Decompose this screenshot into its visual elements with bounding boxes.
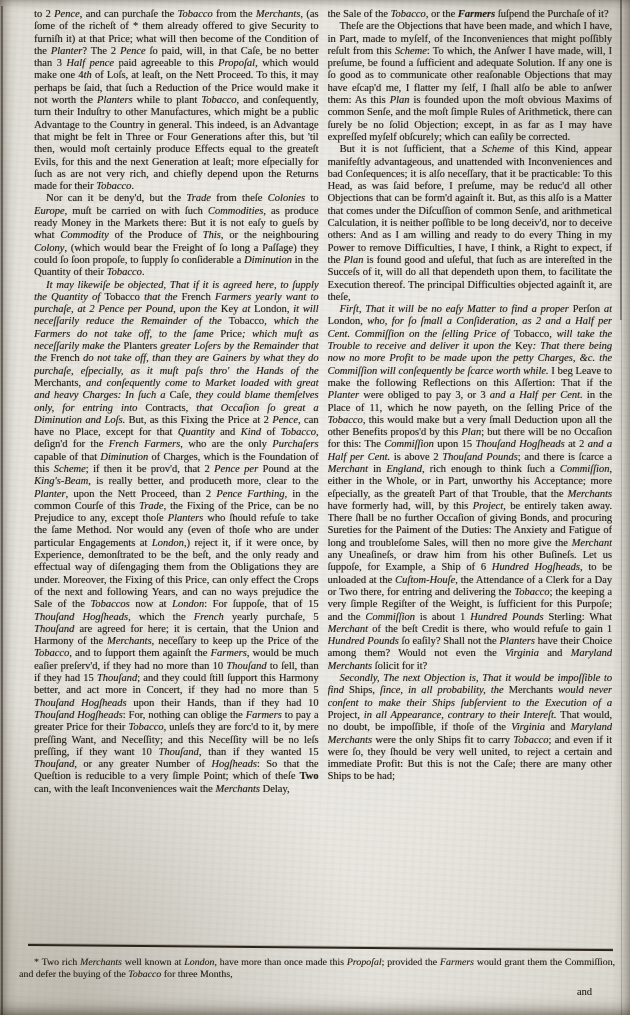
emphasis-run: Hundred Pounds [328,636,399,647]
emphasis-run: Tobacco [107,267,142,278]
text-run: and [539,648,571,659]
emphasis-run: Merchant [328,624,368,635]
text-run: Merchants [34,378,78,389]
emphasis-run: Commiſſion [384,439,434,450]
emphasis-run: Project [473,501,504,512]
text-run: Merchants [509,685,553,696]
scan-edge-left [1,6,3,1015]
text-column-right: the Sale of the Tobacco, or the Farmers … [328,9,613,944]
emphasis-run: Plan [461,427,481,438]
emphasis-run: Hogſheads [211,759,257,770]
emphasis-run: Pence [272,415,298,426]
emphasis-run: Hundred Hogſheads [492,562,580,573]
emphasis-run: , in all Appearance, contrary to their I… [357,710,556,721]
text-run: , which the [128,612,194,623]
emphasis-run: Commodity [60,230,108,241]
emphasis-run: Cuſtom-Houſe [395,575,455,586]
emphasis-run: Diminution [100,452,148,463]
emphasis-run: Thouſand Pounds [442,452,517,463]
emphasis-run: Virginia [511,722,545,733]
text-run: ; and there is ſcarce a [518,452,612,463]
emphasis-run: Colony [34,243,64,254]
emphasis-run: , ſince, in all probability, the [372,685,508,696]
footnote-rule [28,944,613,951]
text-run: to [305,193,319,204]
text-run: : For ſuppoſe, that of 15 [204,599,318,610]
text-run: upon 15 [434,439,476,450]
text-run: But, as this Fixing the Price at 2 [125,415,272,426]
emphasis-run: Thouſand [34,624,74,635]
text-run: Caſe [170,390,189,401]
emphasis-run: Planter [34,489,66,500]
emphasis-run: that the [140,292,182,303]
text-run: yearly purchaſe, 5 [224,612,319,623]
text-run: well known at [122,957,184,968]
scan-edge-right-faint [621,320,622,1015]
emphasis-run: Tobacco [177,9,212,20]
emphasis-run: Tobacco [201,95,236,106]
text-run: is above 2 [390,452,442,463]
emphasis-run: Merchants [567,489,612,500]
text-run: of this Kind, appear manifeſtly advantag… [328,144,613,266]
emphasis-run: Commiſſion [560,464,610,475]
text-run: Tobacco [104,292,139,303]
text-run: paid agreeable to this [114,58,218,69]
text-run: , neceſſary to keep up the Price of the [152,636,319,647]
text-run: , and conſequently, turn their Induſtry … [34,95,319,192]
emphasis-run: Farmers [246,710,282,721]
document-page: to 2 Pence, and can purchaſe the Tobacco… [0,0,630,1015]
emphasis-run: Propoſal [218,58,255,69]
emphasis-run: Thouſand [34,759,74,770]
text-area: to 2 Pence, and can purchaſe the Tobacco… [34,9,612,944]
text-run: ſo eaſily? Shall not the [399,636,500,647]
paragraph: Nor can it be deny'd, but the Trade from… [34,193,319,279]
emphasis-run: Thouſand Hogſheads [34,612,128,623]
emphasis-run: This [203,230,221,241]
text-run: Nor can it be deny'd, but the [46,193,186,204]
emphasis-run: London [184,957,214,968]
text-run: . [131,181,134,192]
emphasis-run: Virginia [505,648,539,659]
emphasis-run: Firſt, That it will be no eaſy Matter to… [340,304,573,315]
emphasis-run: Merchant [328,464,368,475]
scan-edge-right [620,0,622,320]
paragraph: It may likewiſe be objected, That if it … [34,280,319,796]
emphasis-run: Tobacco [390,9,425,20]
emphasis-run: England [386,464,422,475]
emphasis-run: Tobacco [281,427,316,438]
emphasis-run: Farmers [458,9,495,20]
emphasis-run: and a Half per Cent. [490,390,583,401]
text-run: * Two rich [34,957,80,968]
paragraph: Theſe are the Objections that have been … [328,21,613,144]
text-run: Key [515,341,533,352]
text-run: while to plant [133,95,202,106]
text-column-left: to 2 Pence, and can purchaſe the Tobacco… [34,9,319,944]
text-run: now at [130,599,172,610]
text-run: the Sale of the [328,9,391,20]
emphasis-run: Merchant [572,538,612,549]
emphasis-run: Tobaccos [90,599,129,610]
text-run: . [142,267,145,278]
emphasis-run: Two [299,771,318,782]
text-run: and [545,722,571,733]
emphasis-run: Tobacco [128,722,163,733]
emphasis-run: Diminution [244,255,292,266]
text-run: capable of that [34,452,100,463]
emphasis-run: Trade [139,501,164,512]
text-run: , or any greater Number of [74,759,211,770]
text-run: for three Months, [161,969,232,980]
text-run: , rich enough to think ſuch a [422,464,560,475]
emphasis-run: Thouſand Hogſheads [475,439,564,450]
text-run: Planters [123,341,157,352]
text-run: of the beſt Credit is there, who would r… [368,624,612,635]
text-run: of the Produce of [109,230,203,241]
text-run: were obliged to pay 3, or 3 [359,390,490,401]
text-run: , upon the Nett Proceed, than 2 [66,489,217,500]
text-run: ? The 2 [82,46,120,57]
text-run: ſuſpend the Purchaſe of it? [495,9,608,20]
emphasis-run: Tobacco [34,648,69,659]
emphasis-run: Scheme [54,464,86,475]
text-run: at 2 [565,439,588,450]
text-run: : For, nothing can oblige the [123,710,246,721]
emphasis-run: Planters [499,636,535,647]
emphasis-run: French [194,612,224,623]
text-run: Delay, [260,784,290,795]
text-run: , or the [426,9,458,20]
text-run: French [50,353,79,364]
paragraph: Firſt, That it will be no eaſy Matter to… [328,304,613,673]
emphasis-run: Thouſand Hogſheads [34,710,123,721]
text-run: were the only Ships fit to carry [372,735,513,746]
text-run: ; if then it be prov'd, that 2 [86,464,214,475]
emphasis-run: Pence Farthing [216,489,284,500]
emphasis-run: Europe [34,206,65,217]
text-run: have formerly had, will, by this [328,501,473,512]
text-run: , than if they wanted 15 [199,747,319,758]
emphasis-run: Thouſand Hogſheads [34,698,127,709]
text-run: to 2 [34,9,54,20]
text-run: is about 1 [415,612,470,623]
emphasis-run: King's-Beam [34,476,88,487]
paragraph: Secondly, The next Objection is, That it… [328,673,613,784]
emphasis-run: at [238,304,254,315]
text-run: Project [328,710,358,721]
paragraph: to 2 Pence, and can purchaſe the Tobacco… [34,9,319,193]
paragraph: But it is not ſufficient, that a Scheme … [328,144,613,304]
emphasis-run: Thouſand [158,747,198,758]
emphasis-run: Purchaſers [272,439,318,450]
emphasis-run: Tobacco [96,181,131,192]
emphasis-run: Pence [120,46,146,57]
text-run: in [368,464,386,475]
text-run: London [254,304,287,315]
text-run: Ships [349,685,372,696]
emphasis-run: Scheme [395,46,427,57]
text-run: Tobacco [229,316,264,327]
text-run: can, with the leaſt Inconveniences wait … [34,784,215,795]
text-run: , and can purchaſe the [80,9,178,20]
emphasis-run: Tobacco [328,415,363,426]
emphasis-run: Hundred Pounds [470,612,543,623]
emphasis-run: Pence per [214,464,258,475]
emphasis-run: Farmers [211,648,247,659]
emphasis-run: Merchants [215,784,260,795]
emphasis-run: Planter [51,46,83,57]
emphasis-run: Commiſſion [365,612,415,623]
text-run: Tobacco [514,329,549,340]
text-run: from theſe [211,193,268,204]
emphasis-run: Trade [186,193,211,204]
emphasis-run: London [172,599,204,610]
text-run: , or the neighbouring [221,230,319,241]
text-run: , have more than once made this [214,957,346,968]
emphasis-run: Planters [97,95,133,106]
paragraph: * Two rich Merchants well known at Londo… [19,957,615,981]
emphasis-run: Pence [54,9,80,20]
emphasis-run: French Farmers [109,439,181,450]
emphasis-run: Quantity [178,427,215,438]
text-run: Pound at the [258,464,318,475]
text-run: ſolicit for it? [372,661,427,672]
text-run: from the [213,9,256,20]
emphasis-run: Thouſand [226,661,266,672]
text-run: , and to ſupport them againſt the [69,648,210,659]
emphasis-run: Kind [241,427,261,438]
catchword: and [577,987,592,998]
emphasis-run: Merchants [107,636,152,647]
emphasis-run: Thouſand [97,673,137,684]
emphasis-run: Tobacco [514,587,549,598]
emphasis-run: Commodities [208,206,263,217]
emphasis-run: Tobacco [128,969,161,980]
text-run: Perſon [573,304,600,315]
emphasis-run: at [600,304,612,315]
text-run: Sterling: What [543,612,612,623]
emphasis-run: Planter [328,390,360,401]
emphasis-run: Propoſal [347,957,382,968]
emphasis-run: Merchants [80,957,122,968]
text-run: London [328,316,361,327]
emphasis-run: London [152,538,184,549]
text-run: Contracts [145,403,185,414]
emphasis-run: Half pence [66,58,114,69]
emphasis-run: Scheme [482,144,514,155]
text-run: , muſt be carried on with ſuch [65,206,208,217]
emphasis-run: Farmers [440,957,474,968]
emphasis-run: Planters [168,513,204,524]
emphasis-run: Plan [390,95,410,106]
text-run: , is really better, and produceth more, … [88,476,318,487]
text-run: of [261,427,281,438]
emphasis-run: Tobacco [513,735,548,746]
text-run: , who are the only [180,439,272,450]
emphasis-run: th [84,70,92,81]
paragraph: the Sale of the Tobacco, or the Farmers … [328,9,613,21]
emphasis-run: Plan [343,255,363,266]
text-run: ; provided the [382,957,440,968]
text-run: and [215,427,241,438]
text-run: But it is not ſufficient, that a [340,144,482,155]
emphasis-run: Merchants [256,9,301,20]
text-run: upon their Hands, than if they had 10 [127,698,319,709]
text-run: Price [220,329,242,340]
text-run: Key [221,304,239,315]
text-run: French [182,292,211,303]
footnote: * Two rich Merchants well known at Londo… [19,957,615,981]
text-run: is found good and uſeful, that ſuch as a… [328,255,613,303]
emphasis-run: Colonies [268,193,305,204]
